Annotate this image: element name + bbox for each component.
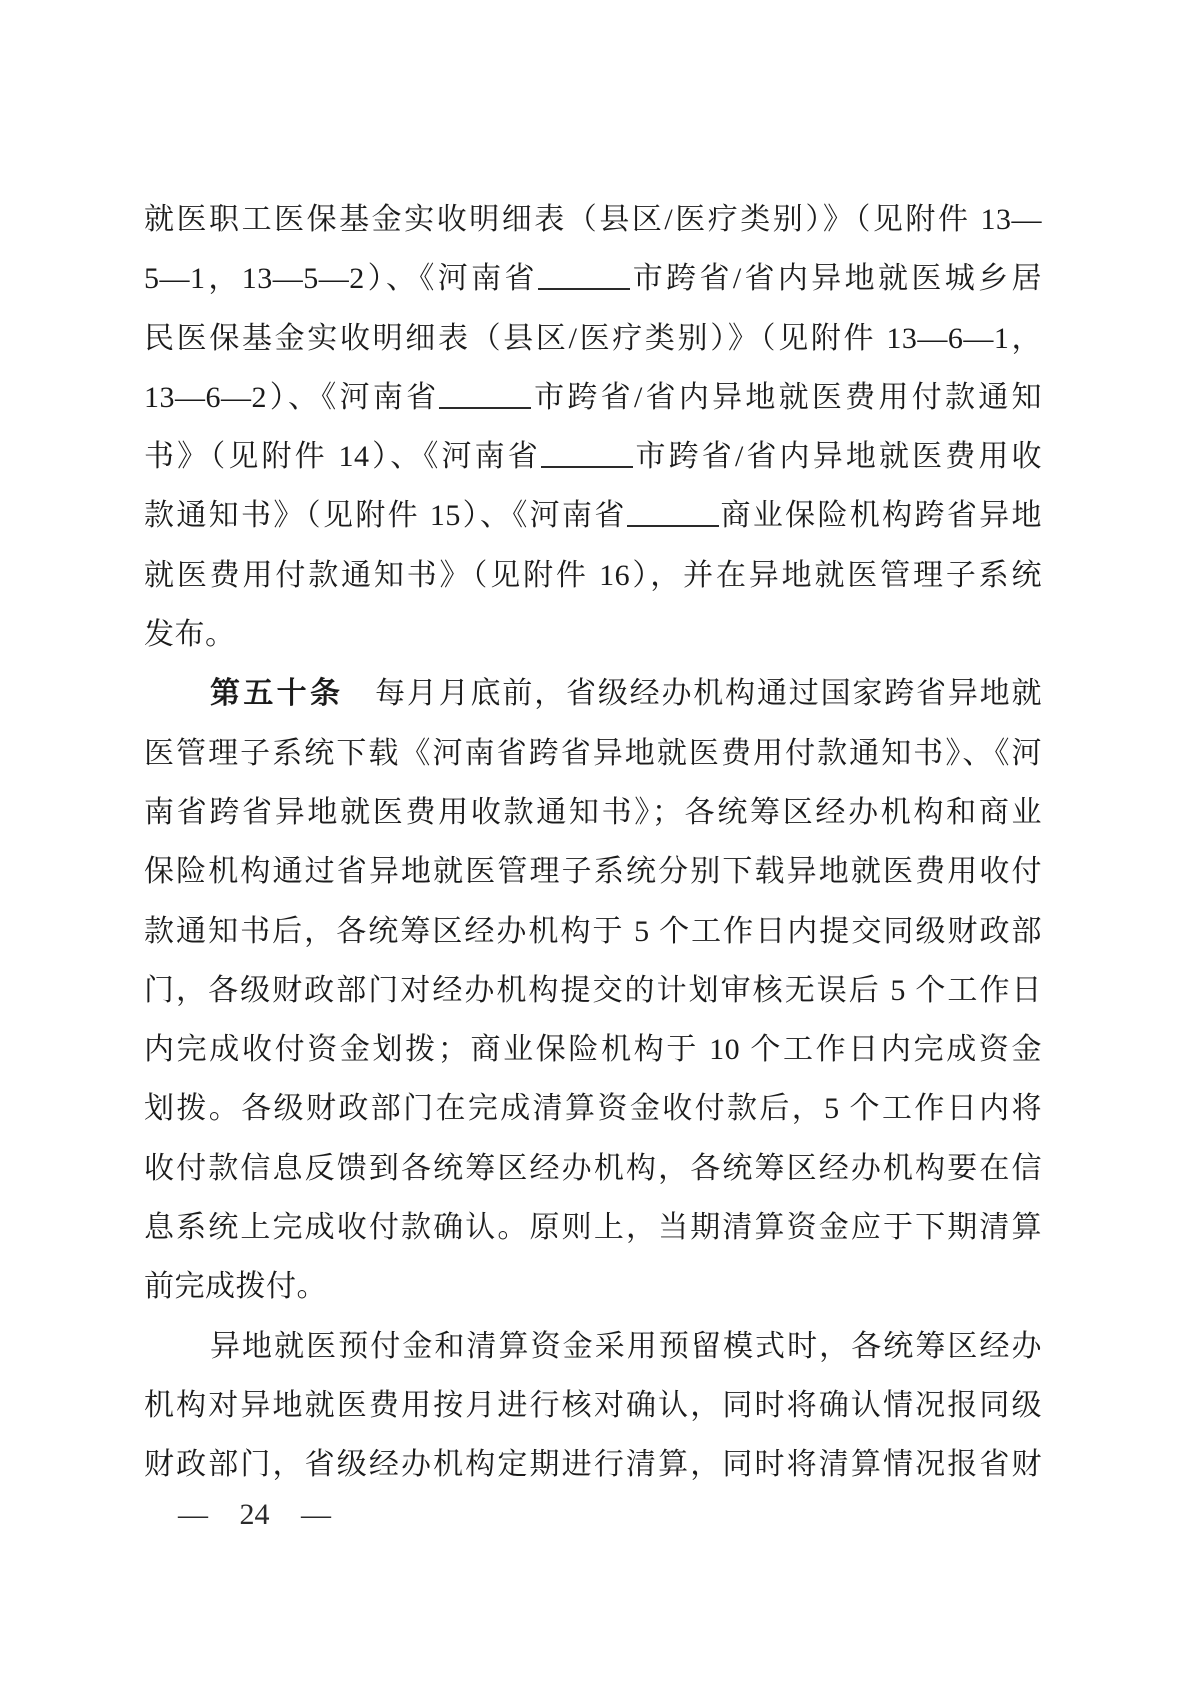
fill-in-blank — [538, 260, 630, 291]
text-line: 就医费用付款通知书》（见附件 16），并在异地就医管理子系统 — [144, 546, 1042, 605]
text-line: 内完成收付资金划拨；商业保险机构于 10 个工作日内完成资金 — [144, 1020, 1042, 1079]
text-line: 收付款信息反馈到各统筹区经办机构，各统筹区经办机构要在信 — [144, 1139, 1042, 1198]
text-line: 财政部门，省级经办机构定期进行清算，同时将清算情况报省财 — [144, 1435, 1042, 1494]
document-page: 就医职工医保基金实收明细表（县区/医疗类别）》（见附件 13—5—1，13—5—… — [0, 0, 1190, 1683]
text-line: 机构对异地就医费用按月进行核对确认，同时将确认情况报同级 — [144, 1376, 1042, 1435]
text-line: 就医职工医保基金实收明细表（县区/医疗类别）》（见附件 13— — [144, 190, 1042, 249]
text-line: 南省跨省异地就医费用收款通知书》；各统筹区经办机构和商业 — [144, 783, 1042, 842]
text-line: 5—1，13—5—2）、《河南省市跨省/省内异地就医城乡居 — [144, 249, 1042, 308]
footer-right-dash: — — [301, 1498, 331, 1531]
article-heading: 第五十条 — [210, 677, 343, 710]
page-number: 24 — [240, 1498, 270, 1531]
text-line: 异地就医预付金和清算资金采用预留模式时，各统筹区经办 — [144, 1317, 1042, 1376]
page-footer: — 24 — — [178, 1494, 331, 1536]
fill-in-blank — [541, 438, 633, 469]
fill-in-blank — [627, 497, 719, 528]
text-line: 款通知书后，各统筹区经办机构于 5 个工作日内提交同级财政部 — [144, 902, 1042, 961]
text-line: 民医保基金实收明细表（县区/医疗类别）》（见附件 13—6—1， — [144, 309, 1042, 368]
text-line: 划拨。各级财政部门在完成清算资金收付款后，5 个工作日内将 — [144, 1079, 1042, 1138]
text-line: 第五十条 每月月底前，省级经办机构通过国家跨省异地就 — [144, 664, 1042, 723]
fill-in-blank — [439, 378, 531, 409]
text-line: 息系统上完成收付款确认。原则上，当期清算资金应于下期清算 — [144, 1198, 1042, 1257]
text-line: 书》（见附件 14）、《河南省市跨省/省内异地就医费用收 — [144, 427, 1042, 486]
text-line: 前完成拨付。 — [144, 1257, 1042, 1316]
document-body: 就医职工医保基金实收明细表（县区/医疗类别）》（见附件 13—5—1，13—5—… — [144, 190, 1042, 1495]
text-line: 款通知书》（见附件 15）、《河南省商业保险机构跨省异地 — [144, 486, 1042, 545]
text-line: 13—6—2）、《河南省市跨省/省内异地就医费用付款通知 — [144, 368, 1042, 427]
text-line: 医管理子系统下载《河南省跨省异地就医费用付款通知书》、《河 — [144, 724, 1042, 783]
footer-left-dash: — — [178, 1498, 208, 1531]
text-line: 发布。 — [144, 605, 1042, 664]
text-line: 保险机构通过省异地就医管理子系统分别下载异地就医费用收付 — [144, 842, 1042, 901]
text-line: 门，各级财政部门对经办机构提交的计划审核无误后 5 个工作日 — [144, 961, 1042, 1020]
